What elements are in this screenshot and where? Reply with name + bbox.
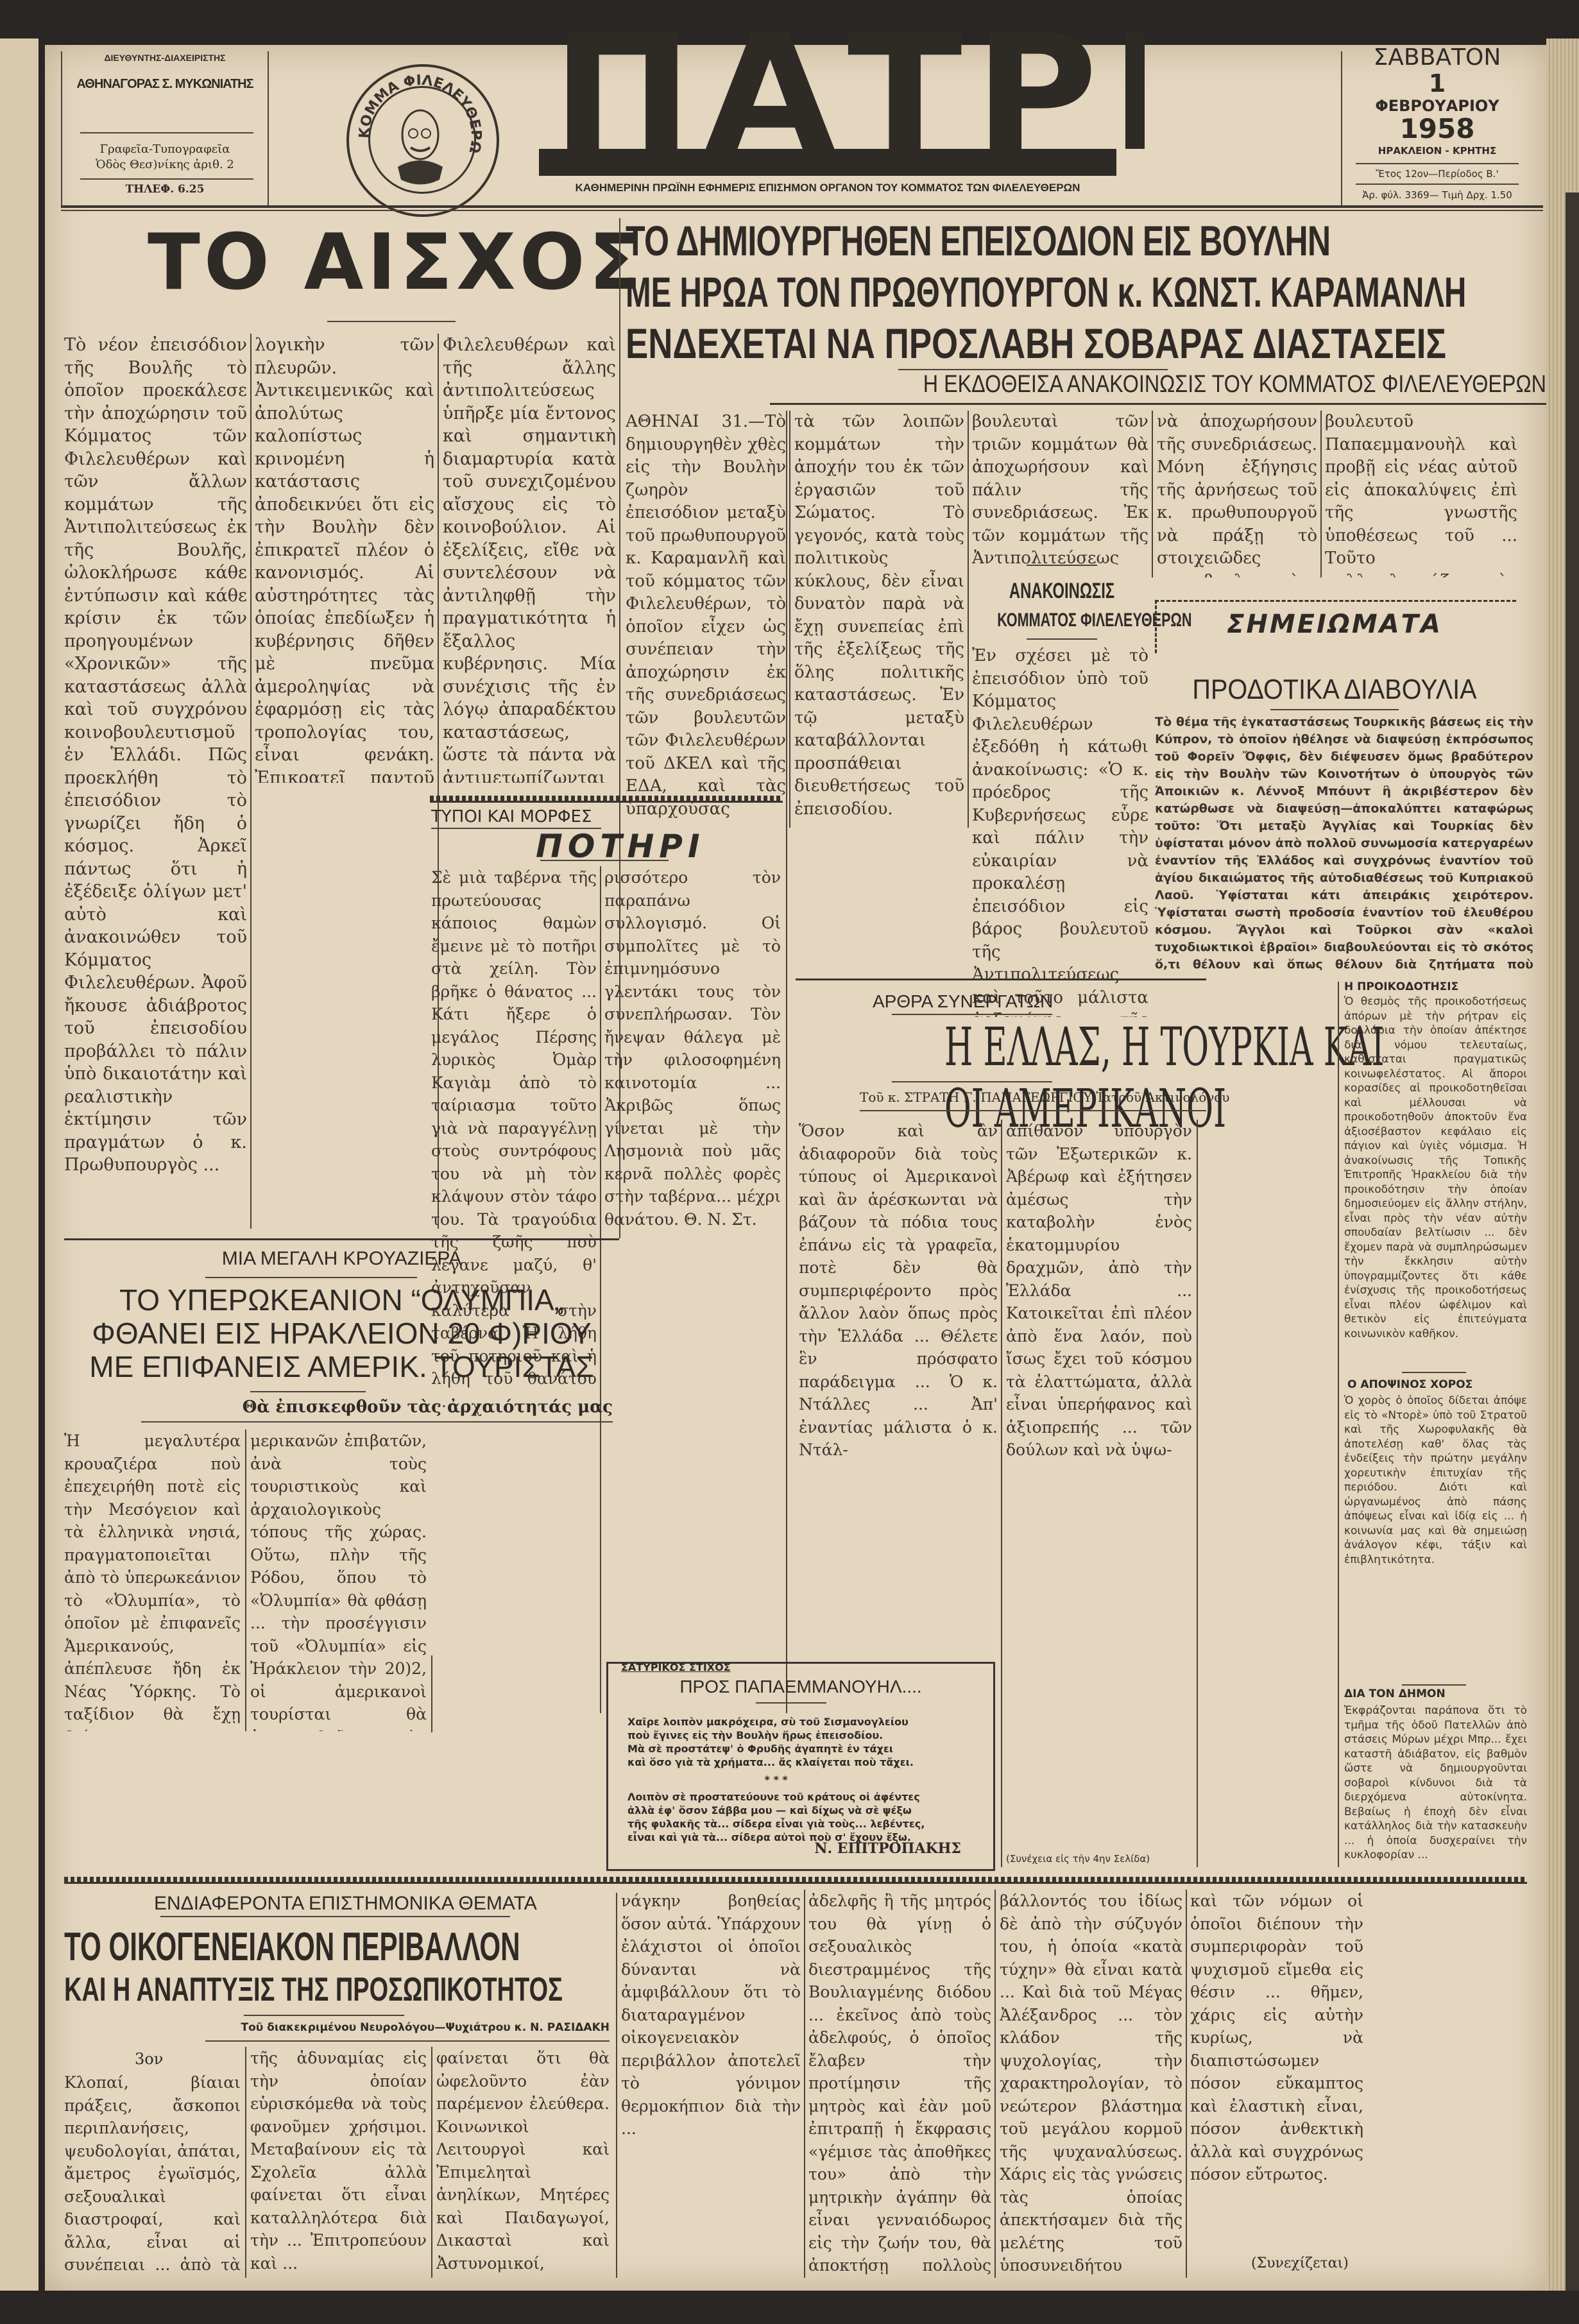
lead-headline-line-1: ΤΟ ΔΗΜΙΟΥΡΓΗΘΕΝ ΕΠΕΙΣΟΔΙΟΝ ΕΙΣ ΒΟΥΛΗΝ bbox=[626, 215, 1327, 266]
day: 1 bbox=[1344, 71, 1530, 96]
newspaper-title: ΠΑΤΡΙΣ bbox=[552, 23, 1145, 164]
americans-col-1: Ὅσον καὶ ἂν ἀδιαφοροῦν διὰ τοὺς τύπους ο… bbox=[799, 1120, 998, 1867]
lead-col-3: βουλευταὶ τῶν τριῶν κομμάτων θὰ ἀποχωρήσ… bbox=[972, 411, 1148, 565]
americans-kicker: ΑΡΘΡΑ ΣΥΝΕΡΓΑΤΩΝ bbox=[873, 991, 1053, 1012]
science-part: 3ον bbox=[135, 2050, 163, 2068]
dance-title: Ο ΑΠΟΨΙΝΟΣ ΧΟΡΟΣ bbox=[1347, 1378, 1472, 1391]
binding-cover bbox=[1566, 192, 1579, 2297]
science-col-3: φαίνεται ὅτι θὰ ὠφελοῦντο ἐὰν παρέμενον … bbox=[436, 2047, 610, 2278]
science-continued: (Συνεχίζεται) bbox=[1251, 2255, 1349, 2271]
phone: ΤΗΛΕΦ. 6.25 bbox=[62, 183, 268, 196]
lead-headline-line-3: ΕΝΔΕΧΕΤΑΙ ΝΑ ΠΡΟΣΛΑΒΗ ΣΟΒΑΡΑΣ ΔΙΑΣΤΑΣΕΙΣ bbox=[626, 318, 1365, 369]
americans-continuation: (Συνέχεια εἰς τὴν 4ην Σελίδα) bbox=[1006, 1853, 1199, 1865]
venizelos-portrait-icon: ΚΟΜΜΑ ΦΙΛΕΛΕΥΘΕΡΩΝ bbox=[346, 64, 494, 212]
weekday: ΣΑΒΒΑΤΟΝ bbox=[1344, 45, 1530, 71]
cruise-headline: ΤΟ ΥΠΕΡΩΚΕΑΝΙΟΝ “ΟΛΥΜΠΙΑ„ ΦΘΑΝΕΙ ΕΙΣ ΗΡΑ… bbox=[64, 1283, 619, 1383]
cruise-kicker: ΜΙΑ ΜΕΓΑΛΗ ΚΡΟΥΑΖΙΕΡΑ bbox=[64, 1248, 619, 1270]
offices-label: Γραφεῖα-Τυπογραφεῖα bbox=[62, 142, 268, 156]
adjacent-page-edge bbox=[0, 38, 38, 2310]
lead-subheadline: Η ΕΚΔΟΘΕΙΣΑ ΑΝΑΚΟΙΝΩΣΙΣ ΤΟΥ ΚΟΜΜΑΤΟΣ ΦΙΛ… bbox=[887, 371, 1547, 398]
editorial-title: ΤΟ ΑΙΣΧΟΣ bbox=[148, 221, 597, 305]
cruise-headline-line-1: ΤΟ ΥΠΕΡΩΚΕΑΝΙΟΝ “ΟΛΥΜΠΙΑ„ bbox=[64, 1283, 619, 1317]
announcement-title-line-1: ΑΝΑΚΟΙΝΩΣΙΣ bbox=[999, 574, 1125, 608]
lead-col-2: τὰ τῶν λοιπῶν κομμάτων τὴν ἀποχήν του ἐκ… bbox=[794, 411, 964, 821]
municipality-title: ΔΙΑ ΤΟΝ ΔΗΜΟΝ bbox=[1344, 1687, 1446, 1700]
notes-title: ΠΡΟΔΟΤΙΚΑ ΔΙΑΒΟΥΛΙΑ bbox=[1173, 674, 1496, 706]
title-underbar bbox=[539, 149, 1116, 176]
cruise-deck: Θὰ ἐπισκεφθοῦν τὰς ἀρχαιότητάς μας bbox=[64, 1397, 613, 1417]
science-kicker: ΕΝΔΙΑΦΕΡΟΝΤΑ ΕΠΙΣΤΗΜΟΝΙΚΑ ΘΕΜΑΤΑ bbox=[154, 1893, 537, 1915]
issue-price: Ἀρ. φύλ. 3369— Τιμὴ Δρχ. 1.50 bbox=[1344, 187, 1530, 203]
science-col-4: νάγκην βοηθείας ὅσον αὐτά. Ὑπάρχουν ἐλάχ… bbox=[621, 1890, 801, 2278]
newspaper-subtitle: ΚΑΘΗΜΕΡΙΝΗ ΠΡΩΪΝΗ ΕΦΗΜΕΡΙΣ ΕΠΙΣΗΜΟΝ ΟΡΓΑ… bbox=[526, 182, 1129, 194]
bottom-binding bbox=[0, 2291, 1579, 2324]
science-col-5: ἀδελφῆς ἢ τῆς μητρός του θὰ γίνῃ ὁ σεξου… bbox=[808, 1890, 991, 2278]
date-box: ΣΑΒΒΑΤΟΝ 1 ΦΕΒΡΟΥΑΡΙΟΥ 1958 ΗΡΑΚΛΕΙΟΝ - … bbox=[1344, 45, 1530, 203]
cruise-col-1: Ἡ μεγαλυτέρα κρουαζιέρα ποὺ ἐπεχειρήθη π… bbox=[64, 1430, 241, 1731]
year: 1958 bbox=[1344, 115, 1530, 142]
lead-headline: ΤΟ ΔΗΜΙΟΥΡΓΗΘΕΝ ΕΠΕΙΣΟΔΙΟΝ ΕΙΣ ΒΟΥΛΗΝ ΜΕ… bbox=[626, 215, 1549, 369]
announcement-title: ΑΝΑΚΟΙΝΩΣΙΣ ΚΟΜΜΑΤΟΣ ΦΙΛΕΛΕΥΘΕΡΩΝ bbox=[972, 574, 1152, 633]
notes-body: Τὸ θέμα τῆς ἐγκαταστάσεως Τουρκικῆς βάσε… bbox=[1155, 713, 1533, 970]
lead-col-4: νὰ ἀποχωρήσουν τῆς συνεδριάσεως. Μόνη ἐξ… bbox=[1157, 411, 1317, 577]
americans-col-2: ἀπίθανον ὑπουργὸν τῶν Ἐξωτερικῶν κ. Ἀβέρ… bbox=[1006, 1120, 1192, 1845]
party-logo: ΚΟΜΜΑ ΦΙΛΕΛΕΥΘΕΡΩΝ bbox=[346, 64, 499, 217]
masthead-left-box: ΔΙΕΥΘΥΝΤΗΣ-ΔΙΑΧΕΙΡΙΣΤΗΣ ΑΘΗΝΑΓΟΡΑΣ Σ. ΜΥ… bbox=[61, 51, 269, 205]
dowry-body: Ὁ θεσμὸς τῆς προικοδοτήσεως ἀπόρων μὲ τὴ… bbox=[1344, 995, 1527, 1360]
director-name: ΑΘΗΝΑΓΟΡΑΣ Σ. ΜΥΚΩΝΙΑΤΗΣ bbox=[62, 77, 268, 92]
science-headline-line-1: ΤΟ ΟΙΚΟΓΕΝΕΙΑΚΟΝ ΠΕΡΙΒΑΛΛΟΝ bbox=[64, 1925, 435, 1970]
editorial-col-1: Τὸ νέον ἐπεισόδιον τῆς Βουλῆς τὸ ὁποῖον … bbox=[64, 334, 247, 1229]
science-headline-line-2: ΚΑΙ Η ΑΝΑΠΤΥΞΙΣ ΤΗΣ ΠΡΟΣΩΠΙΚΟΤΗΤΟΣ bbox=[64, 1970, 463, 2010]
cruise-headline-line-3: ΜΕ ΕΠΙΦΑΝΕΙΣ ΑΜΕΡΙΚ. ΤΟΥΡΙΣΤΑΣ bbox=[64, 1350, 619, 1383]
cruise-col-2: μερικανῶν ἐπιβατῶν, ἀνὰ τοὺς τουριστικοὺ… bbox=[250, 1430, 427, 1731]
cruise-headline-line-2: ΦΘΑΝΕΙ ΕΙΣ ΗΡΑΚΛΕΙΟΝ 20 Φ)ΡΙΟΥ bbox=[64, 1317, 619, 1350]
editorial-col-3: Φιλελευθέρων καὶ τῆς ἄλλης ἀντιπολιτεύσε… bbox=[443, 334, 616, 783]
svg-text:ΚΟΜΜΑ ΦΙΛΕΛΕΥΘΕΡΩΝ: ΚΟΜΜΑ ΦΙΛΕΛΕΥΘΕΡΩΝ bbox=[346, 64, 484, 155]
types-col-2: ρισσότερο τὸν παραπάνω συλλογισμό. Οἱ συ… bbox=[604, 866, 781, 1687]
americans-byline: Τοῦ κ. ΣΤΡΑΤΗ Γ. ΠΑΠΑΓΕΩΡΓΙΟΥ Ἰατροῦ Ἀκτ… bbox=[860, 1089, 1206, 1105]
science-col-7: καὶ τῶν νόμων οἱ ὁποῖοι διέπουν τὴν συμπ… bbox=[1190, 1890, 1363, 2210]
types-kicker: ΤΥΠΟΙ ΚΑΙ ΜΟΡΦΕΣ bbox=[431, 807, 592, 826]
city: ΗΡΑΚΛΕΙΟΝ - ΚΡΗΤΗΣ bbox=[1344, 142, 1530, 159]
dowry-title: Η ΠΡΟΙΚΟΔΟΤΗΣΙΣ bbox=[1344, 980, 1458, 993]
address: Ὁδὸς Θεσ)νίκης ἀριθ. 2 bbox=[62, 158, 268, 171]
science-col-2: τῆς ἀδυναμίας εἰς τὴν ὁποίαν εὑρισκόμεθα… bbox=[250, 2047, 427, 2278]
municipality-body: Ἐκφράζονται παράπονα ὅτι τὸ τμῆμα τῆς ὁδ… bbox=[1344, 1704, 1527, 1864]
notes-section-title: ΣΗΜΕΙΩΜΑΤΑ bbox=[1155, 610, 1514, 639]
lead-headline-line-2: ΜΕ ΗΡΩΑ ΤΟΝ ΠΡΩΘΥΠΟΥΡΓΟΝ κ. ΚΩΝΣΤ. ΚΑΡΑΜ… bbox=[626, 266, 1291, 318]
science-headline: ΤΟ ΟΙΚΟΓΕΝΕΙΑΚΟΝ ΠΕΡΙΒΑΛΛΟΝ ΚΑΙ Η ΑΝΑΠΤΥ… bbox=[64, 1925, 610, 2010]
satire-kicker: ΣΑΤΥΡΙΚΟΣ ΣΤΙΧΟΣ bbox=[621, 1661, 731, 1673]
lead-col-5: βουλευτοῦ Παπαεμμανουὴλ καὶ προβῇ εἰς νέ… bbox=[1325, 411, 1517, 577]
editorial-col-2: λογικὴν τῶν πλευρῶν. Ἀντικειμενικῶς καὶ … bbox=[255, 334, 434, 783]
science-col-6: βάλλοντός του ἰδίως δὲ ἀπὸ τὴν σύζυγόν τ… bbox=[1000, 1890, 1182, 2278]
lead-col-1: ΑΘΗΝΑΙ 31.—Τὸ δημιουργηθὲν χθὲς εἰς τὴν … bbox=[626, 411, 786, 821]
dance-body: Ὁ χορὸς ὁ ὁποῖος δίδεται ἀπόψε εἰς τὸ «Ν… bbox=[1344, 1394, 1527, 1676]
announcement-title-line-2: ΚΟΜΜΑΤΟΣ ΦΙΛΕΛΕΥΘΕΡΩΝ bbox=[997, 608, 1127, 633]
science-col-1: Κλοπαί, βίαιαι πράξεις, ἄσκοποι περιπλαν… bbox=[64, 2071, 241, 2277]
science-byline: Τοῦ διακεκριμένου Νευρολόγου—Ψυχιάτρου κ… bbox=[192, 2021, 610, 2034]
volume: Ἔτος 12ον—Περίοδος Β.' bbox=[1344, 167, 1530, 181]
announcement-body: Ἐν σχέσει μὲ τὸ ἐπεισόδιον ὑπὸ τοῦ Κόμμα… bbox=[972, 645, 1148, 1017]
director-label: ΔΙΕΥΘΥΝΤΗΣ-ΔΙΑΧΕΙΡΙΣΤΗΣ bbox=[62, 53, 268, 63]
